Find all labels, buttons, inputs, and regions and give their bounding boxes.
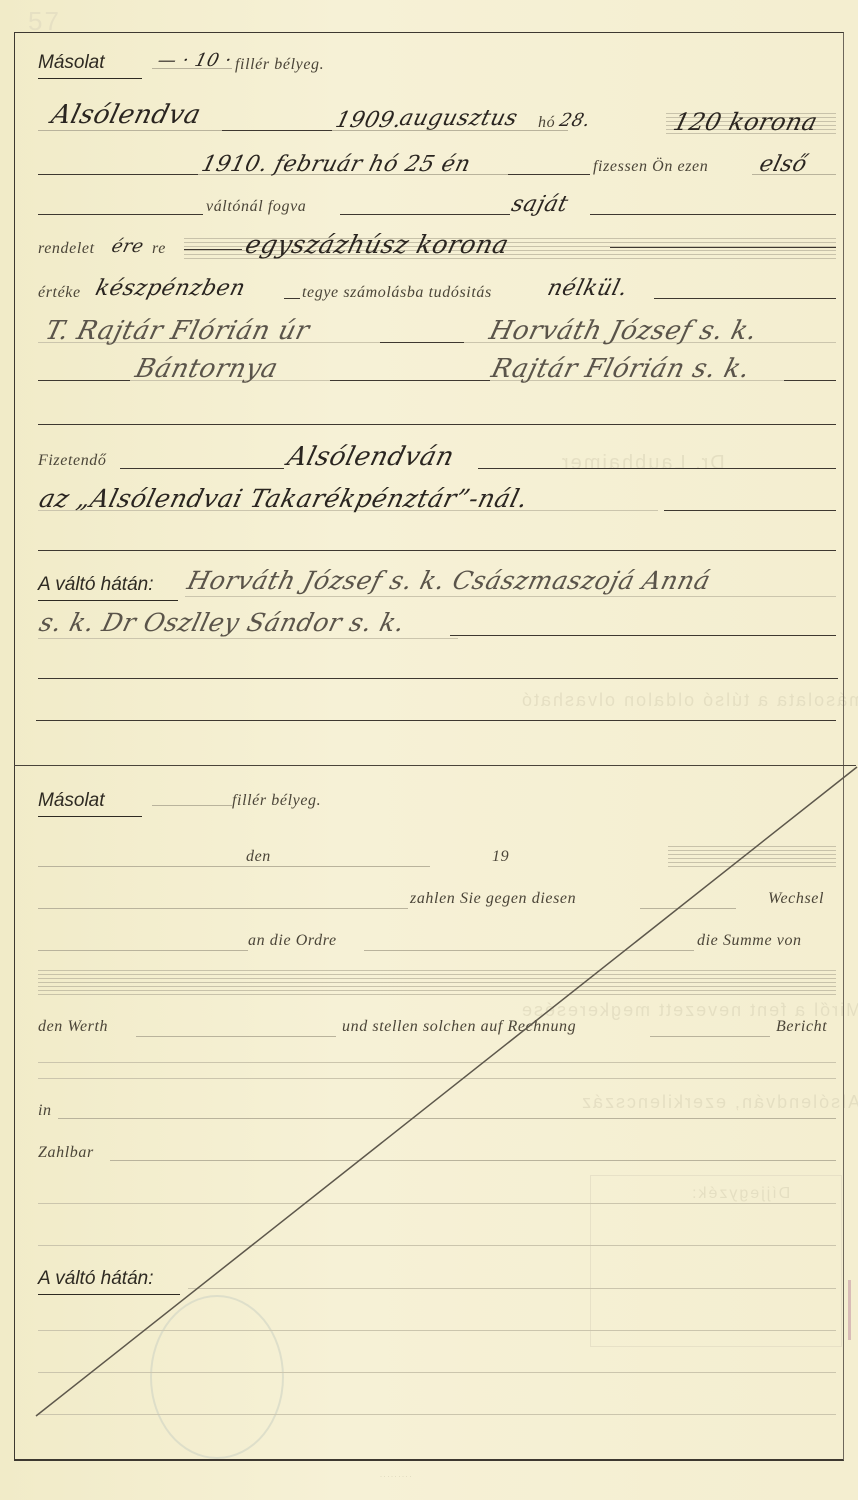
printer-imprint: · · · · · · · · ·: [380, 1474, 411, 1480]
drawer-signature[interactable]: Rajtár Flórián s. k.: [488, 354, 753, 384]
red-ink-mark: [848, 1280, 851, 1340]
bottom-endorse-line-1[interactable]: [188, 1288, 836, 1289]
endorse-line-1: [185, 596, 836, 597]
drawee-place-line-left: [38, 380, 130, 381]
bottom-stamp-label: fillér bélyeg.: [232, 792, 321, 810]
drawee-name[interactable]: T. Rajtár Flórián úr: [42, 316, 312, 346]
blank-line-4[interactable]: [38, 1078, 836, 1079]
payable-place-value[interactable]: Alsólendván: [284, 442, 457, 472]
endorse-line-2-right: [450, 635, 836, 636]
endorse-label: A váltó hátán:: [38, 574, 178, 601]
in-label: in: [38, 1102, 52, 1120]
amount-value[interactable]: 120 korona: [671, 108, 821, 136]
wechsel-line[interactable]: [640, 908, 736, 909]
date-line-filler: [222, 130, 332, 131]
date-year-value[interactable]: 1909.: [333, 108, 405, 133]
bill-value[interactable]: saját: [509, 192, 571, 217]
order-value[interactable]: ére: [109, 236, 146, 257]
blank-line-2: [38, 550, 836, 551]
value-value[interactable]: készpénzben: [93, 276, 248, 301]
zahlen-line[interactable]: [38, 908, 408, 909]
account-label: tegye számolásba tudósitás: [302, 284, 492, 302]
bill-label: váltónál fogva: [206, 198, 306, 216]
endorse-line-2: [38, 638, 458, 639]
value-line: [284, 298, 300, 299]
place-value[interactable]: Alsólendva: [48, 100, 204, 130]
werth-label: den Werth: [38, 1018, 108, 1036]
bottom-heading: Másolat: [38, 790, 142, 817]
bottom-endorse-line-4[interactable]: [38, 1414, 836, 1415]
drawee-place[interactable]: Bántornya: [132, 354, 281, 384]
date-month-value[interactable]: augusztus: [397, 106, 520, 131]
payable-at-line-right: [664, 510, 836, 511]
bill-line-left: [38, 214, 203, 215]
payable-line: [120, 468, 284, 469]
bottom-endorse-label: A váltó hátán:: [38, 1268, 180, 1295]
endorse-line-4: [36, 720, 836, 721]
drawer-line-filler: [784, 380, 836, 381]
bottom-sum-words-box[interactable]: [38, 970, 836, 996]
form-divider: [14, 765, 856, 766]
bottom-endorse-line-3[interactable]: [38, 1372, 836, 1373]
wechsel-label: Wechsel: [768, 890, 824, 908]
endorse-line-1-value[interactable]: Horváth József s. k. Császmaszojá Anná: [184, 566, 713, 595]
blank-line-3[interactable]: [38, 1062, 836, 1063]
value-label: értéke: [38, 284, 81, 302]
zahlen-label: zahlen Sie gegen diesen: [410, 890, 576, 908]
year-label: 19: [492, 848, 509, 866]
due-date-value[interactable]: 1910. február hó 25 én: [199, 152, 473, 177]
top-heading: Másolat: [38, 52, 142, 79]
werth-line[interactable]: [136, 1036, 336, 1037]
pay-label: fizessen Ön ezen: [593, 158, 708, 176]
endorse-line-3: [38, 678, 838, 679]
den-line[interactable]: [38, 866, 430, 867]
bill-line: [340, 214, 510, 215]
order-label: rendelet: [38, 240, 95, 258]
bericht-label: Bericht: [776, 1018, 827, 1036]
stamp-label: fillér bélyeg.: [235, 56, 324, 74]
endorse-line-2-value[interactable]: s. k. Dr Oszlley Sándor s. k.: [36, 608, 408, 637]
blank-line-5[interactable]: [38, 1203, 836, 1204]
drawee-place-filler: [330, 380, 490, 381]
pay-value[interactable]: első: [757, 152, 810, 177]
sum-words-lead: [184, 249, 242, 250]
sum-words-value[interactable]: egyszázhúsz korona: [242, 230, 512, 259]
bill-line-right: [590, 214, 836, 215]
zahlbar-line[interactable]: [110, 1160, 836, 1161]
order-suffix: re: [152, 240, 166, 258]
bericht-line[interactable]: [650, 1036, 770, 1037]
bottom-stamp-line: [152, 805, 232, 806]
date-day-label: hó: [538, 114, 555, 132]
ordre-line[interactable]: [364, 950, 694, 951]
bottom-amount-box[interactable]: [668, 846, 836, 868]
ordre-label: an die Ordre: [248, 932, 337, 950]
in-line[interactable]: [58, 1118, 836, 1119]
due-line-filler: [508, 174, 590, 175]
ordre-line-left[interactable]: [38, 950, 248, 951]
den-label: den: [246, 848, 271, 866]
zahlbar-label: Zahlbar: [38, 1144, 94, 1162]
payable-at-value[interactable]: az „Alsólendvai Takarékpénztár”-nál.: [36, 484, 531, 513]
due-line-left: [38, 174, 198, 175]
bottom-endorse-line-2[interactable]: [38, 1330, 836, 1331]
blank-line-6[interactable]: [38, 1245, 836, 1246]
sum-words-tail: [610, 247, 836, 248]
rechnung-label: und stellen solchen auf Rechnung: [342, 1018, 576, 1036]
account-value[interactable]: nélkül.: [545, 276, 630, 301]
payable-line-right: [478, 468, 836, 469]
drawee-line-filler: [380, 342, 464, 343]
payable-label: Fizetendő: [38, 452, 107, 470]
date-day-value[interactable]: 28.: [557, 110, 592, 131]
stamp-amount-value[interactable]: — · 10 ·: [155, 50, 234, 71]
blank-line: [38, 424, 836, 425]
account-line: [654, 298, 836, 299]
drawer-name[interactable]: Horváth József s. k.: [486, 316, 760, 346]
summe-label: die Summe von: [697, 932, 802, 950]
document-page: Dr. Laubhaimer a melynek szószerinti más…: [0, 0, 858, 1500]
